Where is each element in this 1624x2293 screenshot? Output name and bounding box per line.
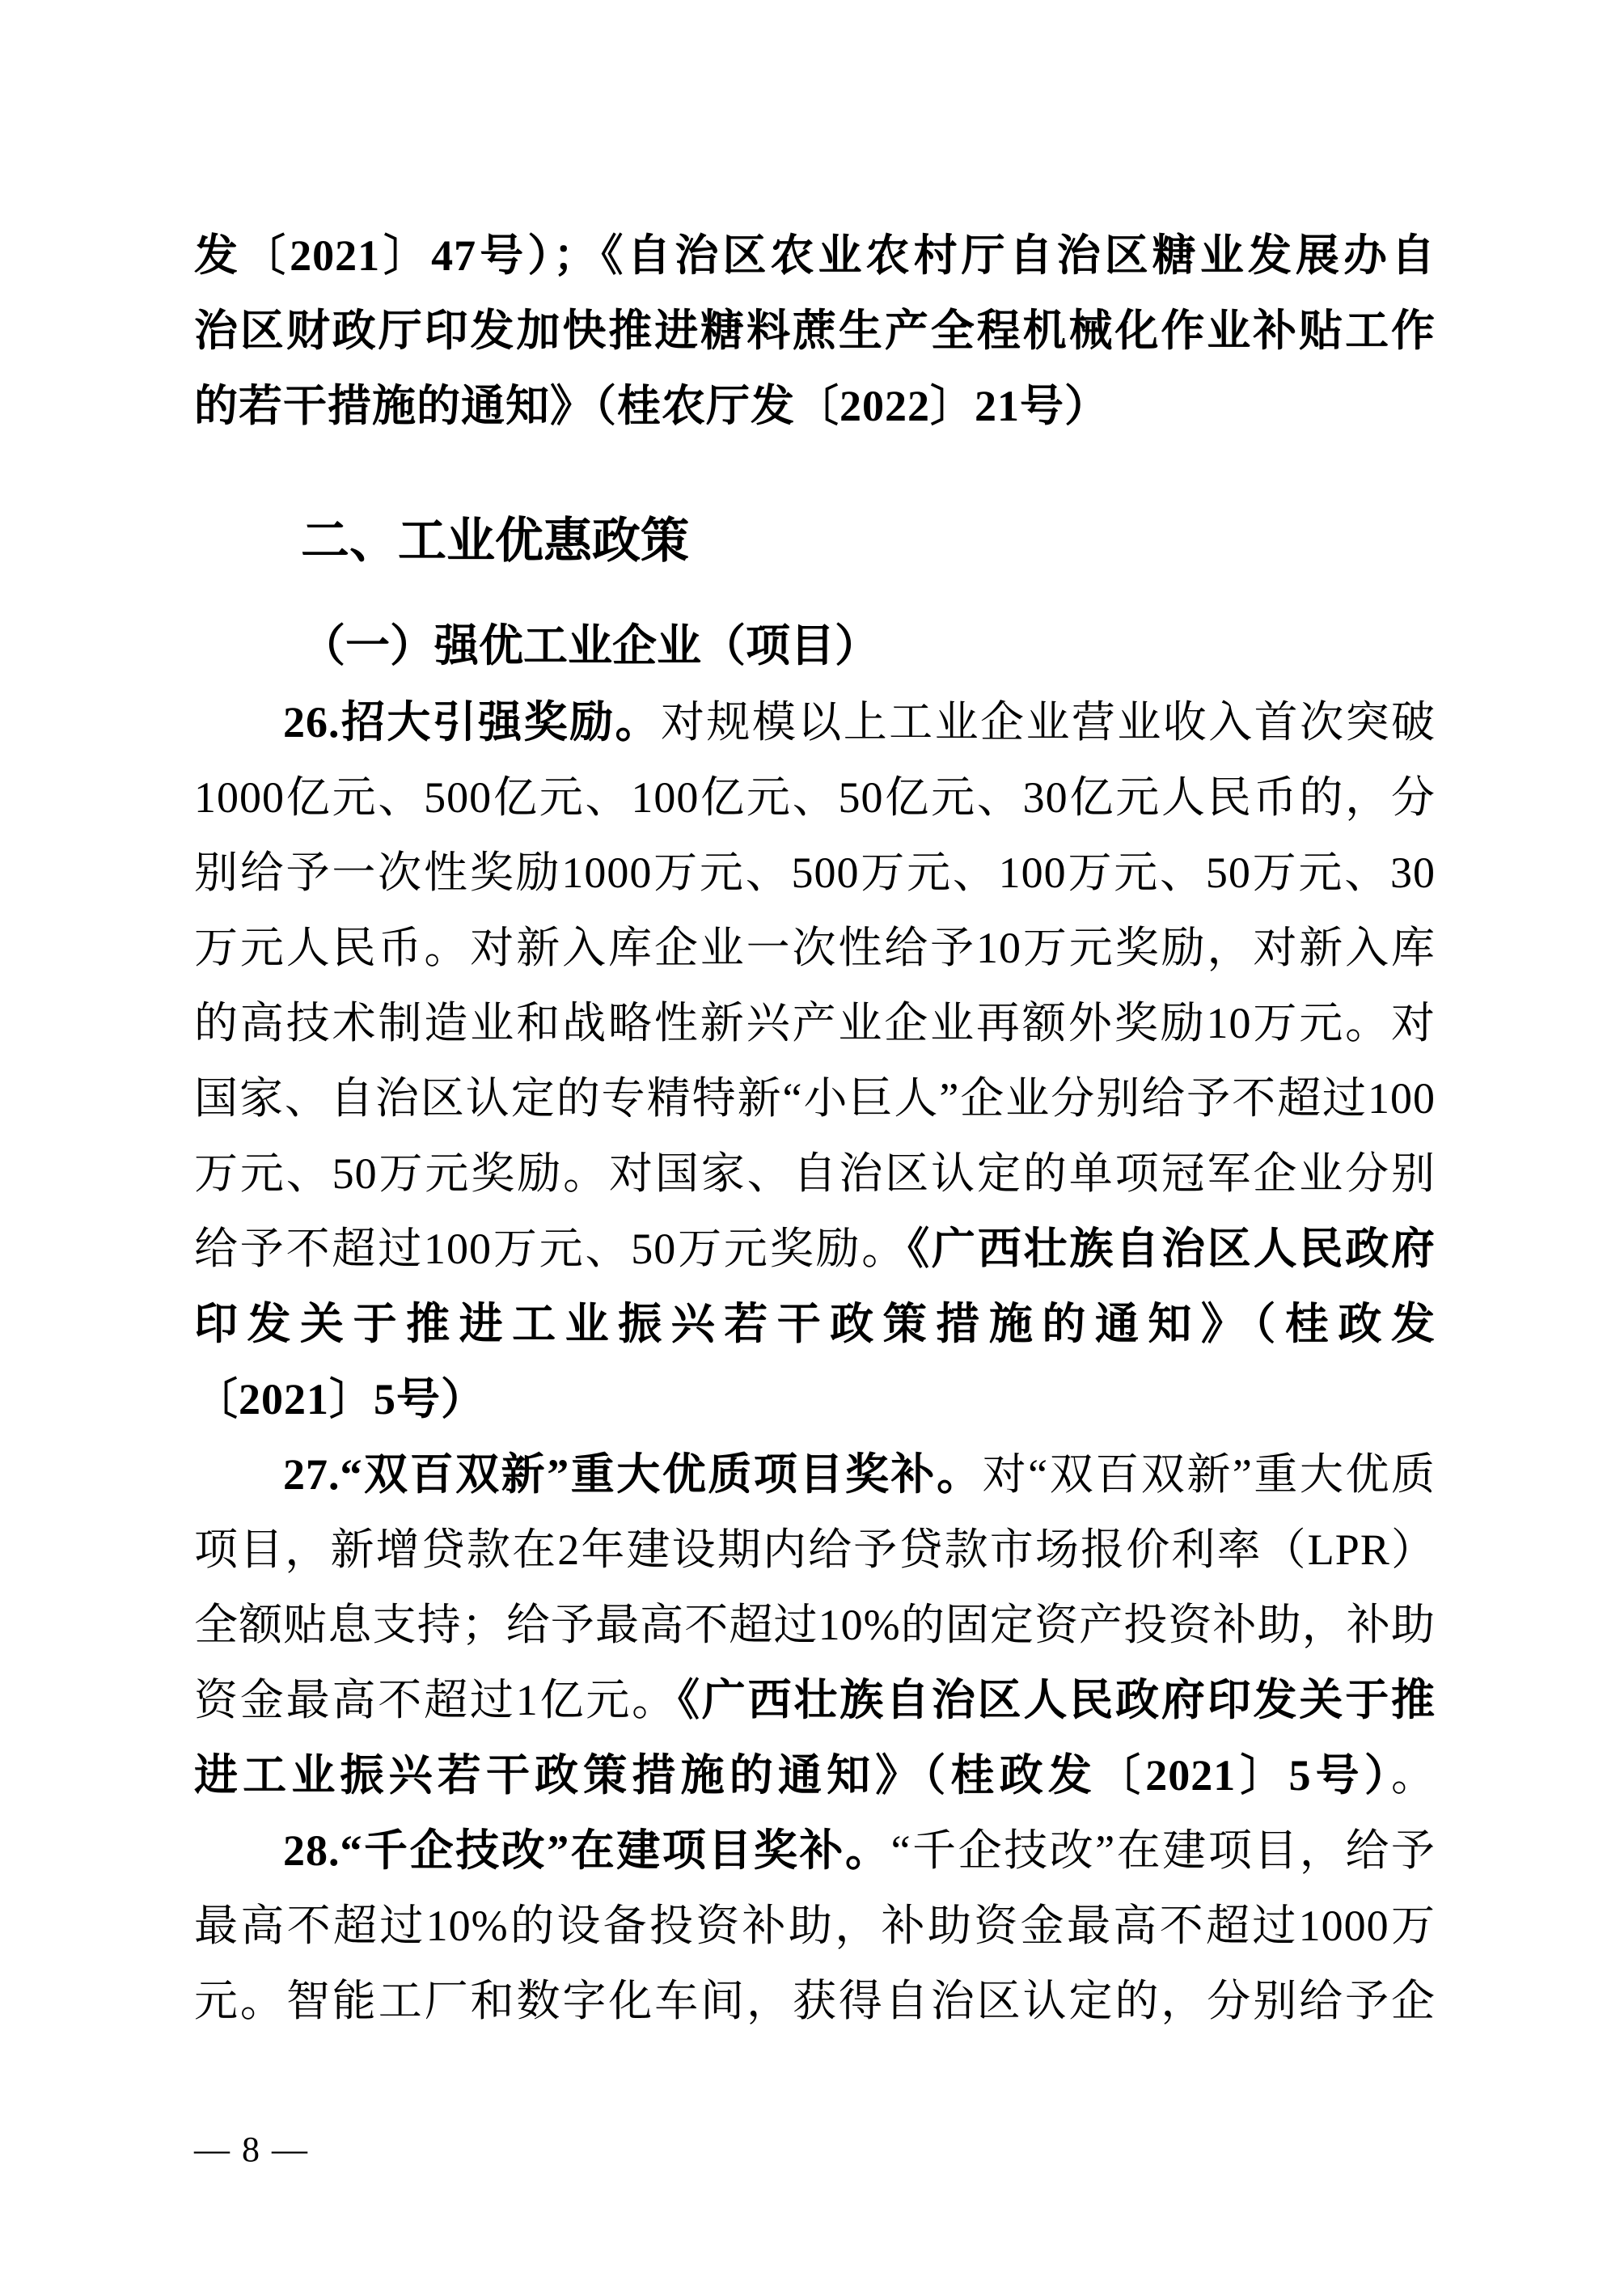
item-26-line-4: 万元人民币。对新入库企业一次性给予10万元奖励，对新入库: [194, 911, 1436, 986]
item-26-line-3: 别给予一次性奖励1000万元、500万元、100万元、50万元、30: [194, 836, 1436, 911]
item-27-line-2: 项目，新增贷款在2年建设期内给予贷款市场报价利率（LPR）: [194, 1512, 1436, 1588]
item-27-line-4-text: 资金最高不超过1亿元。: [194, 1676, 678, 1724]
item-27-line-5: 进工业振兴若干政策措施的通知》（桂政发〔2021〕5号）。: [194, 1738, 1436, 1813]
item-28-lead: 28.“千企技改”在建项目奖补。: [283, 1826, 891, 1875]
item-26-line-8-text: 给予不超过100万元、50万元奖励。: [194, 1225, 907, 1273]
item-26-line-1-text: 对规模以上工业企业营业收入首次突破: [661, 698, 1436, 747]
item-27-citation-start: 《广西壮族自治区人民政府印发关于推: [678, 1676, 1436, 1724]
item-27-line-3: 全额贴息支持；给予最高不超过10%的固定资产投资补助，补助: [194, 1588, 1436, 1663]
intro-citation-line-3: 的若干措施的通知》（桂农厅发〔2022〕21号）: [194, 369, 1436, 444]
item-26-line-2: 1000亿元、500亿元、100亿元、50亿元、30亿元人民币的，分: [194, 760, 1436, 836]
intro-citation-line-1: 发〔2021〕47号）；《自治区农业农村厅自治区糖业发展办自: [194, 218, 1436, 294]
item-26-line-6: 国家、自治区认定的专精特新“小巨人”企业分别给予不超过100: [194, 1061, 1436, 1136]
item-26-line-8: 给予不超过100万元、50万元奖励。《广西壮族自治区人民政府: [194, 1212, 1436, 1287]
item-28-line-1-text: “千企技改”在建项目，给予: [891, 1826, 1436, 1875]
document-page: 发〔2021〕47号）；《自治区农业农村厅自治区糖业发展办自 治区财政厅印发加快…: [0, 0, 1624, 2293]
page-number: — 8 —: [194, 2126, 309, 2174]
item-27-line-4: 资金最高不超过1亿元。《广西壮族自治区人民政府印发关于推: [194, 1663, 1436, 1738]
item-28-line-3: 元。智能工厂和数字化车间，获得自治区认定的，分别给予企: [194, 1964, 1436, 2039]
item-26-citation-start: 《广西壮族自治区人民政府: [907, 1225, 1436, 1273]
item-26-citation-line-2: 印发关于推进工业振兴若干政策措施的通知》（桂政发: [194, 1287, 1436, 1362]
item-26-citation-line-3: 〔2021〕5号）: [194, 1362, 1436, 1437]
subsection-heading: （一）强优工业企业（项目）: [194, 607, 1436, 685]
item-27-line-1: 27.“双百双新”重大优质项目奖补。对“双百双新”重大优质: [194, 1437, 1436, 1512]
item-27-line-1-text: 对“双百双新”重大优质: [983, 1450, 1436, 1499]
section-heading: 二、工业优惠政策: [194, 501, 1436, 582]
item-28-line-1: 28.“千企技改”在建项目奖补。“千企技改”在建项目，给予: [194, 1813, 1436, 1889]
item-27-citation-end: 进工业振兴若干政策措施的通知》（桂政发〔2021〕5号）: [194, 1751, 1391, 1800]
item-27-lead: 27.“双百双新”重大优质项目奖补。: [283, 1450, 983, 1499]
item-26-line-7: 万元、50万元奖励。对国家、自治区认定的单项冠军企业分别: [194, 1136, 1436, 1212]
item-26-lead: 26.招大引强奖励。: [283, 698, 661, 747]
item-28-line-2: 最高不超过10%的设备投资补助，补助资金最高不超过1000万: [194, 1889, 1436, 1964]
document-content: 发〔2021〕47号）；《自治区农业农村厅自治区糖业发展办自 治区财政厅印发加快…: [194, 218, 1436, 2039]
item-26-line-5: 的高技术制造业和战略性新兴产业企业再额外奖励10万元。对: [194, 986, 1436, 1061]
item-27-period: 。: [1391, 1751, 1436, 1800]
item-26-line-1: 26.招大引强奖励。对规模以上工业企业营业收入首次突破: [194, 685, 1436, 760]
intro-citation-line-2: 治区财政厅印发加快推进糖料蔗生产全程机械化作业补贴工作: [194, 294, 1436, 369]
